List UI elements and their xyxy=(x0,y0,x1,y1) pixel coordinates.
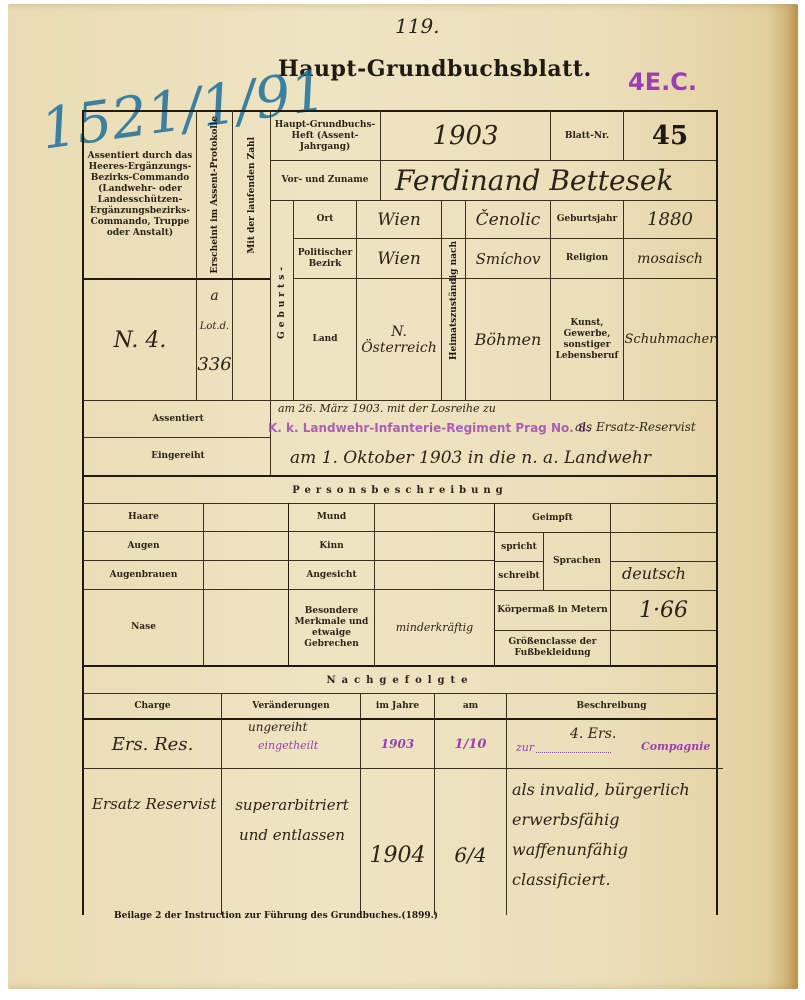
vor-zuname-label: Vor- und Zuname xyxy=(271,161,379,200)
assentiert-durch-value: N. 4. xyxy=(86,282,194,398)
land-label: Land xyxy=(294,279,356,400)
row2-veraenderungen: superarbitriert und entlassen xyxy=(232,790,352,850)
assentiert-durch-label: Assentiert durch das Heeres-Ergänzungs-B… xyxy=(86,114,194,276)
religion-label: Religion xyxy=(551,239,623,278)
blatt-nr-value: 45 xyxy=(624,112,716,160)
row1-charge: Ers. Res. xyxy=(84,720,221,768)
col-charge: Charge xyxy=(84,694,221,718)
sprachen-value: deutsch xyxy=(622,564,686,583)
row1-veraenderungen-hand: ungereiht xyxy=(248,720,307,734)
col-im-jahre: im Jahre xyxy=(361,694,434,718)
footer-instruction: Beilage 2 der Instruction zur Führung de… xyxy=(114,911,438,921)
erscheint-im-label-wrap: Erscheint im Assent-Protokolle xyxy=(197,114,232,276)
laufende-zahl-label: Mit der laufenden Zahl xyxy=(247,137,257,254)
geburts-label-wrap: Geburts- xyxy=(271,201,293,400)
grid-line xyxy=(610,561,716,562)
angesicht-label: Angesicht xyxy=(289,561,374,589)
grid-line xyxy=(83,768,723,769)
besondere-merkmale-label: Besondere Merkmale und etwaige Gebrechen xyxy=(289,590,374,665)
augen-label: Augen xyxy=(84,532,203,560)
assentiert-label: Assentiert xyxy=(86,401,270,437)
page-number: 119. xyxy=(395,14,440,38)
personsbeschreibung-title: Personsbeschreibung xyxy=(83,477,717,503)
heft-year-value: 1903 xyxy=(381,112,550,160)
heimat-bezirk-value: Smíchov xyxy=(466,239,550,278)
heimat-ort-value: Čenolic xyxy=(466,201,550,238)
erscheint-im-bottom-value: 336 xyxy=(197,344,232,384)
geburt-land-value: N. Österreich xyxy=(357,279,441,400)
col-veraenderungen: Veränderungen xyxy=(222,694,360,718)
nachgefolgte-title: Nachgefolgte xyxy=(83,667,717,693)
haare-label: Haare xyxy=(84,504,203,531)
kinn-label: Kinn xyxy=(289,532,374,560)
geburts-label: Geburts- xyxy=(277,263,287,339)
geburtsjahr-value: 1880 xyxy=(624,201,716,238)
assentiert-line1: am 26. März 1903. mit der Losreihe zu xyxy=(278,402,496,415)
geimpft-label: Geimpft xyxy=(495,504,610,532)
grid-line xyxy=(221,693,222,915)
besondere-merkmale-value: minderkräftig xyxy=(375,590,494,665)
grid-line xyxy=(83,278,270,280)
augenbrauen-label: Augenbrauen xyxy=(84,561,203,589)
religion-value: mosaisch xyxy=(624,239,716,278)
row1-beschreibung-prefix: zur xyxy=(516,741,534,754)
grid-line xyxy=(610,503,611,665)
row1-jahr: 1903 xyxy=(361,720,434,768)
heimat-label-wrap: Heimatszuständig nach xyxy=(442,201,465,400)
laufende-zahl-label-wrap: Mit der laufenden Zahl xyxy=(233,114,270,276)
spricht-label: spricht xyxy=(495,533,543,561)
schreibt-label: schreibt xyxy=(495,562,543,590)
row2-jahr: 1904 xyxy=(361,835,434,875)
geburt-bezirk-value: Wien xyxy=(357,239,441,278)
erscheint-im-label: Erscheint im Assent-Protokolle xyxy=(210,116,220,274)
mund-label: Mund xyxy=(289,504,374,531)
erscheint-im-mid-value: Lot.d. xyxy=(197,308,232,344)
ort-label: Ort xyxy=(294,201,356,238)
row1-beschreibung-hand: 4. Ers. xyxy=(570,726,616,742)
grid-line xyxy=(203,503,204,665)
koerpermass-label: Körpermaß in Metern xyxy=(495,591,610,630)
heimatszustandig-label: Heimatszuständig nach xyxy=(449,241,459,360)
row1-veraenderungen-stamp: eingetheilt xyxy=(258,739,318,752)
row1-am: 1/10 xyxy=(435,720,506,768)
blatt-nr-label: Blatt-Nr. xyxy=(551,112,623,160)
stamp-4ec: 4E.C. xyxy=(628,68,697,96)
row2-am: 6/4 xyxy=(435,835,506,875)
geburt-ort-value: Wien xyxy=(357,201,441,238)
beruf-value: Schuhmacher xyxy=(624,279,716,400)
name-value: Ferdinand Bettesek xyxy=(395,164,673,197)
sprachen-label: Sprachen xyxy=(544,533,610,590)
frame-right xyxy=(716,110,718,915)
col-beschreibung: Beschreibung xyxy=(507,694,716,718)
grid-line xyxy=(506,693,507,915)
page-title: Haupt-Grundbuchsblatt. xyxy=(278,56,592,82)
geburtsjahr-label: Geburtsjahr xyxy=(551,201,623,238)
assentiert-line2: als Ersatz-Reservist xyxy=(575,420,696,434)
kunst-label: Kunst, Gewerbe, sonstiger Lebensberuf xyxy=(551,279,623,400)
col-am: am xyxy=(435,694,506,718)
heft-label: Haupt-Grundbuchs-Heft (Assent-Jahrgang) xyxy=(271,112,379,160)
koerpermass-value: 1·66 xyxy=(611,591,716,630)
row2-charge: Ersatz Reservist xyxy=(92,795,218,813)
eingereiht-label: Eingereiht xyxy=(86,438,270,475)
groessenclasse-label: Größenclasse der Fußbekleidung xyxy=(495,631,610,665)
politischer-bezirk-label: Politischer Bezirk xyxy=(294,239,356,278)
row2-beschreibung: als invalid, bürgerlich erwerbsfähig waf… xyxy=(512,775,712,895)
erscheint-im-top-value: a xyxy=(197,284,232,308)
nase-label: Nase xyxy=(84,590,203,665)
assentiert-stamp: K. k. Landwehr-Infanterie-Regiment Prag … xyxy=(268,421,591,435)
eingereiht-value: am 1. Oktober 1903 in die n. a. Landwehr xyxy=(290,448,651,468)
row1-dotted-line xyxy=(536,752,611,753)
heimat-land-value: Böhmen xyxy=(466,279,550,400)
row1-beschreibung-suffix: Compagnie xyxy=(641,740,710,753)
